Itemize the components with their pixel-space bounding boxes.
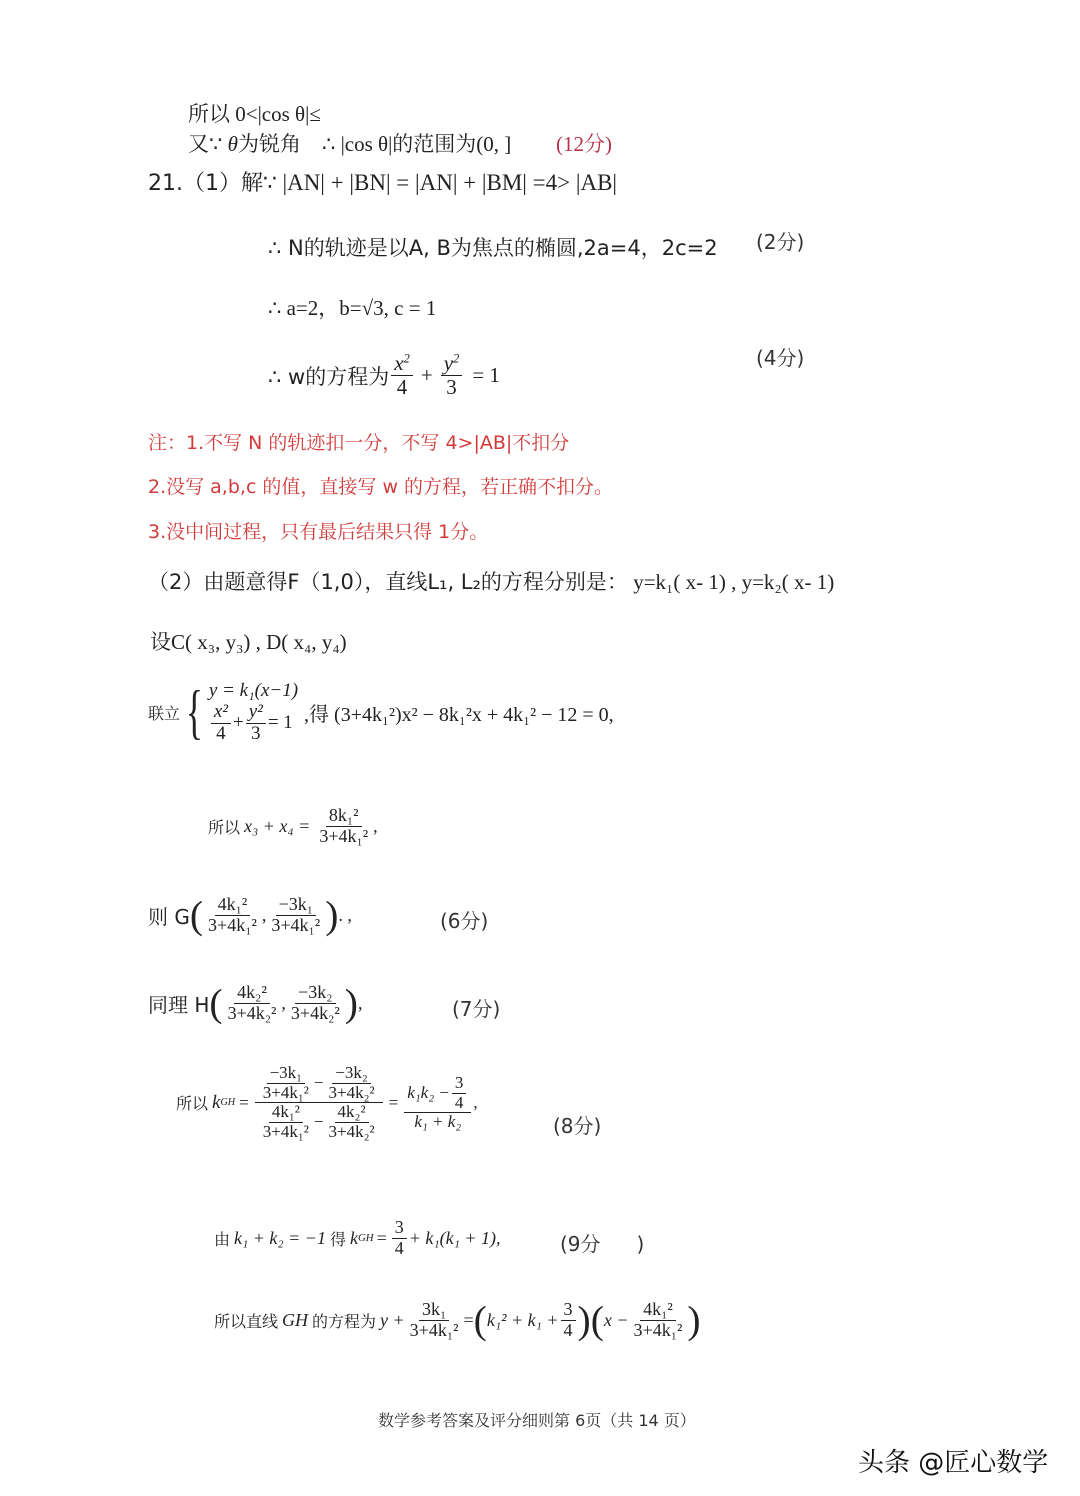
slope-gh: 所以 kGH = −3k₁3+4k₁² − −3k₂3+4k₂² 4k₁²3+4… [176,1064,478,1142]
score-4: (4分) [756,342,804,371]
text: 为锐角 [238,132,301,156]
denominator: 3+4k₂² [325,1123,377,1142]
compound-fraction: −3k₁3+4k₁² − −3k₂3+4k₂² 4k₁²3+4k₁² − 4k₂… [255,1064,383,1142]
system-label: 联立 [148,701,180,724]
system-of-equations: 联立 { y = k₁(x−1) x²4 + y²3 = 1 ,得 (3+4k₁… [148,680,614,745]
numerator: −3k₁3+4k₁² − −3k₂3+4k₂² [255,1064,383,1103]
ellipse-equation: x²4 + y²3 = 1 [209,702,298,745]
subscript: GH [358,1232,374,1244]
slope-expression: k₁² + k₁ + [487,1310,559,1331]
h-y-coordinate: −3k₂3+4k₂² [288,983,343,1024]
numerator: −3k₂ [332,1064,371,1084]
right-paren-icon: ) [687,1301,700,1341]
fraction: −3k₁3+4k₁² [260,1064,312,1102]
numerator: 3 [392,1218,407,1239]
fraction: 4k₁²3+4k₁² [631,1300,686,1341]
slope-substitution: 由 k₁ + k₂ = −1 得 kGH = 34 + k₁(k₁ + 1), [214,1218,501,1259]
numerator: k₁k₂ − 34 [404,1074,471,1113]
cos-range-line-1: 所以 0<|cos θ|≤ [188,98,321,128]
right-paren-icon: ) [345,984,358,1024]
a-b-values: ∴ a=2，b= [268,296,362,320]
intro-text: （2）由题意得F（1,0），直线L₁, L₂的方程分别是： [148,570,628,594]
denominator: 3+4k₁² [260,1123,312,1142]
score-text: (9分 [560,1232,601,1256]
denominator: 3+4k₁² [407,1321,462,1341]
theta-symbol: θ [228,132,238,156]
fraction-y2-3: y²3 [246,702,266,745]
denominator: k₁ + k₂ [411,1113,464,1132]
exponent: 2 [404,351,410,365]
g-y-coordinate: −3k₁3+4k₁² [268,895,323,936]
x-minus: x − [604,1310,629,1331]
equals: = [377,1228,387,1249]
let-points: 设C( x₃, y₃) , D( x₄, y₄) [150,626,347,656]
page-footer: 数学参考答案及评分细则第 6页（共 14 页） [378,1408,696,1431]
score-9: (9分) [560,1228,644,1257]
lhs: x₃ + x₄ = [244,816,310,837]
text-mid: 的方程为 [312,1309,376,1332]
numerator: 4k₁² [640,1300,676,1321]
simplified-fraction: k₁k₂ − 34 k₁ + k₂ [404,1074,471,1132]
fraction-3-4: 34 [452,1074,467,1112]
fraction: 4k₁²3+4k₁² [260,1103,312,1141]
denominator: 3 [443,376,460,399]
numerator: −3k₂ [295,983,335,1004]
denominator: 4k₁²3+4k₁² − 4k₂²3+4k₂² [255,1103,383,1141]
points-c-d: 设C( x₃, y₃) , D( x₄, y₄) [150,630,347,654]
q21-step2: ∴ a=2，b=√3, c = 1 [268,292,436,322]
score-2: (2分) [756,226,804,255]
text-prefix: 则 G [148,901,190,930]
fraction: 8k₁²3+4k₁² [316,806,371,847]
text-prefix: 所以 [208,815,240,838]
denominator: 4 [213,724,229,745]
numerator: 3 [452,1074,467,1094]
rhs: = 1 [268,712,293,734]
equals-one: = 1 [472,363,500,388]
score-close: ) [637,1232,645,1256]
g-x-coordinate: 4k₁²3+4k₁² [205,895,260,936]
numerator: y² [246,702,266,724]
denominator: 3+4k₂² [225,1004,280,1024]
fraction: 3k₁3+4k₁² [407,1300,462,1341]
note-2: 2.没写 a,b,c 的值，直接写 w 的方程，若正确不扣分。 [148,472,613,499]
denominator: 3+4k₁² [268,916,323,936]
text-mid: 得 [330,1227,346,1250]
plus-sign: + [421,363,433,388]
k-symbol: k [212,1092,220,1114]
right-paren-icon: ) [325,896,338,936]
ellipse-equation-label: ∴ w的方程为 [268,361,389,391]
numerator: 3 [561,1300,576,1321]
q21-step3: ∴ w的方程为 x2 4 + y2 3 = 1 [268,352,500,399]
equals: = [389,1093,399,1113]
c-value: , c = 1 [384,296,437,320]
therefore-symbol: ∴ [322,132,335,156]
cos-range-line-2: 又∵ θ为锐角 ∴ |cos θ|的范围为(0, ] [188,128,511,158]
text-prefix: 所以 [188,102,230,126]
score-8: (8分) [553,1110,601,1139]
q21-part1-header: 21.（1）解∵ |AN| + |BN| = |AN| + |BM| =4> |… [148,166,617,197]
lines-equation: y=k₁( x- 1) , y=k₂( x- 1) [633,570,834,594]
denominator: 3+4k₂² [288,1004,343,1024]
interval: (0, ] [476,132,511,156]
fraction-3-4: 34 [561,1300,576,1341]
text-prefix: 又∵ [188,132,222,156]
fraction: 4k₂²3+4k₂² [325,1103,377,1141]
text-prefix: 由 [214,1227,230,1250]
left-brace-icon: { [186,682,203,742]
fraction: −3k₂3+4k₂² [325,1064,377,1102]
line-equation: y = k₁(x−1) [209,680,298,702]
denominator: 4 [394,376,411,399]
left-paren-icon: ( [591,1301,604,1341]
watermark: 头条 @匠心数学 [858,1442,1048,1479]
suffix: , [358,993,363,1014]
k1k2-minus: k₁k₂ − [407,1084,450,1103]
suffix: . , [338,905,352,926]
numerator: 4k₂² [234,983,270,1004]
q21-step1: ∴ N的轨迹是以A, B为焦点的椭圆,2a=4，2c=2 [268,232,718,262]
question-label: 21.（1）解∵ [148,171,277,196]
exponent: 2 [453,351,459,365]
comma: , [473,1093,477,1113]
distance-equation: |AN| + |BN| = |AN| + |BM| =4> |AB| [282,170,617,195]
right-paren-icon: ) [578,1301,591,1341]
note-1: 注：1.不写 N 的轨迹扣一分，不写 4>|AB|不扣分 [148,428,569,455]
text-prefix: 所以 [176,1091,208,1114]
numerator: 8k₁² [326,806,362,827]
denominator: 3+4k₂² [325,1084,377,1103]
math-expression: 0<|cos θ|≤ [235,102,321,126]
text-prefix: 同理 H [148,989,209,1018]
denominator: 4 [452,1094,467,1113]
numerator: x [394,351,403,375]
fraction-x2-over-4: x2 4 [391,352,413,399]
left-paren-icon: ( [474,1301,487,1341]
k-symbol: k [350,1228,358,1249]
minus: − [314,1074,324,1093]
left-paren-icon: ( [209,984,222,1024]
note-3: 3.没中间过程，只有最后结果只得 1分。 [148,517,488,544]
denominator: 3 [248,724,264,745]
text: 的范围为 [392,132,476,156]
math-expression: |cos θ| [341,132,393,156]
equals: = [239,1093,249,1113]
condition: k₁ + k₂ = −1 [234,1228,326,1249]
ellipse-statement: ∴ N的轨迹是以A, B为焦点的椭圆,2a=4，2c=2 [268,236,718,260]
fraction-3-4: 34 [392,1218,407,1259]
minus: − [314,1113,324,1132]
score-6: (6分) [440,905,488,934]
y-plus: y + [380,1310,405,1331]
denominator: 3+4k₁² [316,827,371,847]
denominator: 4 [392,1239,407,1259]
numerator: −3k₁ [276,895,316,916]
denominator: 4 [561,1321,576,1341]
left-paren-icon: ( [190,896,203,936]
text-prefix: 所以直线 [214,1309,278,1332]
score-12: (12分) [556,128,612,158]
point-h: 同理 H ( 4k₂²3+4k₂², −3k₂3+4k₂² ) , [148,983,362,1024]
subscript: GH [220,1097,235,1108]
score-7: (7分) [452,993,500,1022]
h-x-coordinate: 4k₂²3+4k₂² [225,983,280,1024]
numerator: 4k₁² [215,895,251,916]
equals: = [464,1310,474,1331]
gh-label: GH [282,1310,308,1331]
denominator: 3+4k₁² [631,1321,686,1341]
numerator: y [444,351,453,375]
fraction-y2-over-3: y2 3 [441,352,463,399]
quadratic-result: ,得 (3+4k₁²)x² − 8k₁²x + 4k₁² − 12 = 0, [304,698,614,727]
denominator: 3+4k₁² [260,1084,312,1103]
numerator: 4k₂² [335,1103,369,1123]
numerator: x² [211,702,231,724]
fraction-x2-4: x²4 [211,702,231,745]
system-lines: y = k₁(x−1) x²4 + y²3 = 1 [209,680,298,745]
sum-of-roots: 所以 x₃ + x₄ = 8k₁²3+4k₁² , [208,806,378,847]
q21-part2-intro: （2）由题意得F（1,0），直线L₁, L₂的方程分别是： y=k₁( x- 1… [148,566,834,596]
point-g: 则 G ( 4k₁²3+4k₁², −3k₁3+4k₁² ) . , [148,895,352,936]
comma: , [373,816,378,837]
line-gh-equation: 所以直线 GH 的方程为 y + 3k₁3+4k₁² = ( k₁² + k₁ … [214,1300,701,1341]
numerator: 4k₁² [269,1103,303,1123]
denominator: 3+4k₁² [205,916,260,936]
numerator: 3k₁ [419,1300,449,1321]
numerator: −3k₁ [267,1064,306,1084]
sqrt-3: √3 [362,296,384,320]
rhs: + k₁(k₁ + 1), [409,1228,501,1249]
